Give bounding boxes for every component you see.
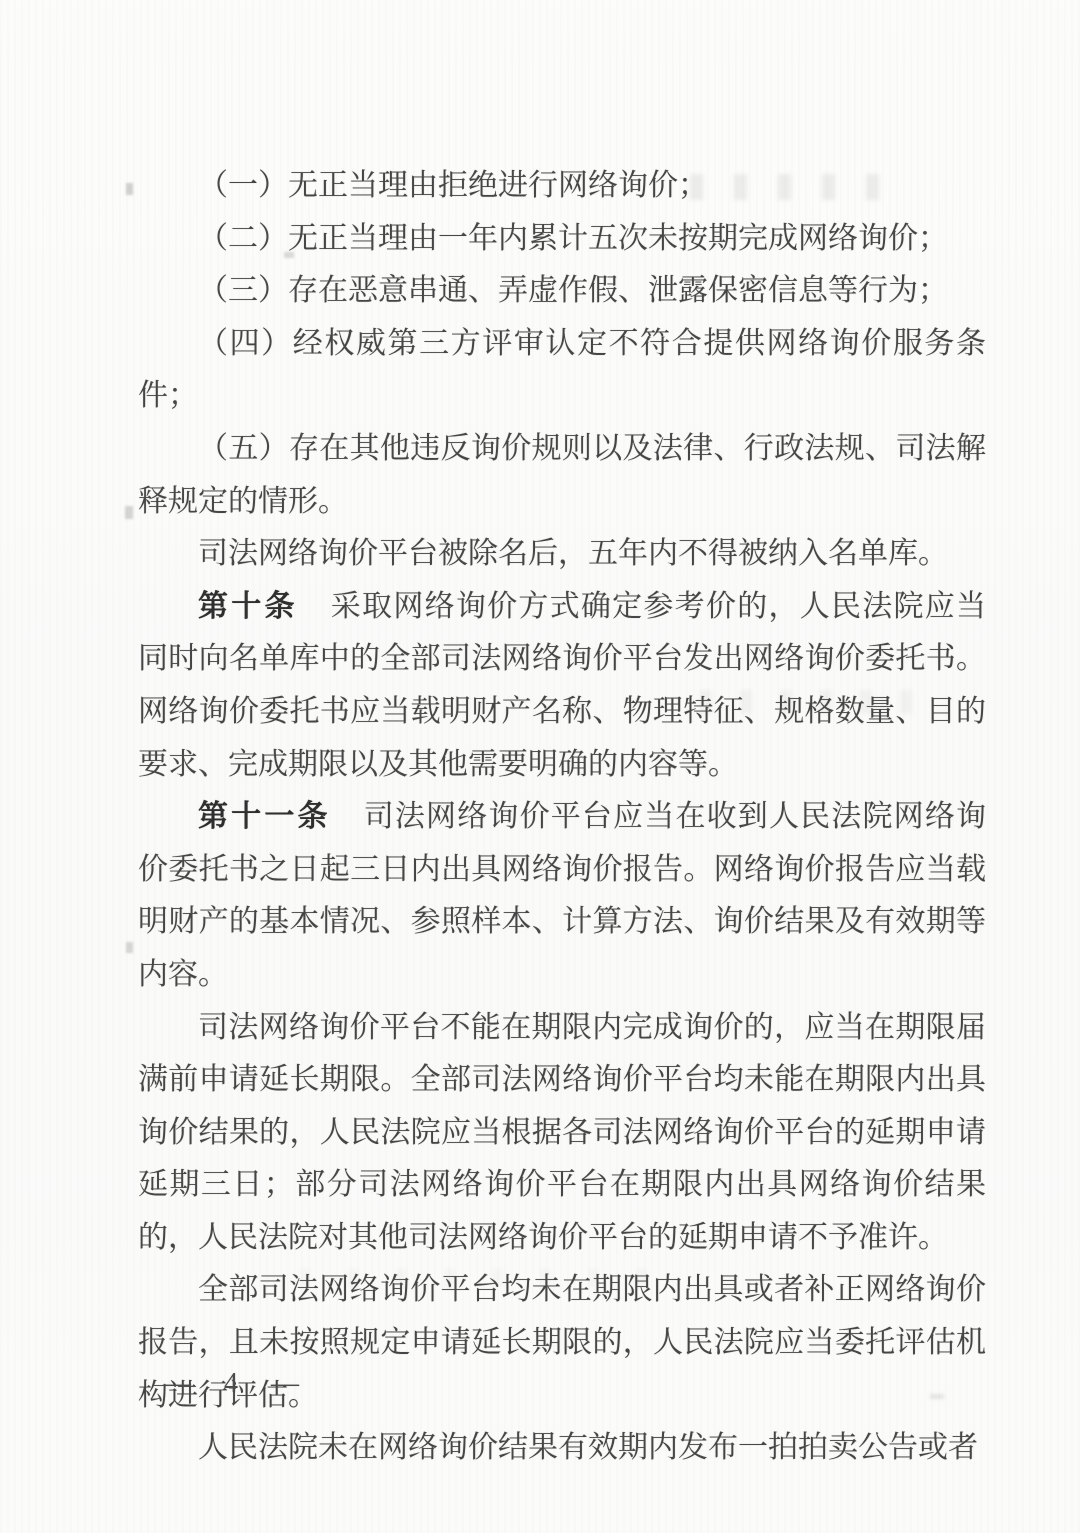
paragraph-article-11: 第十一条司法网络询价平台应当在收到人民法院网络询价委托书之日起三日内出具网络询价… — [138, 791, 986, 1001]
scan-artifact — [126, 183, 133, 195]
paragraph-text: （五）存在其他违反询价规则以及法律、行政法规、司法解释规定的情形。 — [138, 432, 986, 518]
paragraph-text: （二）无正当理由一年内累计五次未按期完成网络询价； — [198, 222, 948, 255]
document-page: （一）无正当理由拒绝进行网络询价； （二）无正当理由一年内累计五次未按期完成网络… — [0, 0, 1080, 1533]
scan-artifact — [126, 942, 133, 953]
article-number: 第十一条 — [198, 800, 331, 833]
list-item-1: （一）无正当理由拒绝进行网络询价； — [138, 160, 986, 213]
paragraph-article-10: 第十条采取网络询价方式确定参考价的，人民法院应当同时向名单库中的全部司法网络询价… — [138, 581, 986, 791]
paragraph-text: 司法网络询价平台被除名后，五年内不得被纳入名单库。 — [198, 537, 948, 570]
paragraph-removal-rule: 司法网络询价平台被除名后，五年内不得被纳入名单库。 — [138, 528, 986, 581]
scan-artifact — [125, 506, 133, 519]
paragraph-text: （四）经权威第三方评审认定不符合提供网络询价服务条件； — [138, 327, 986, 413]
page-number: — 4 — — [163, 1368, 309, 1400]
paragraph-text: （一）无正当理由拒绝进行网络询价； — [198, 169, 708, 202]
paragraph-auction-notice: 人民法院未在网络询价结果有效期内发布一拍拍卖公告或者 — [138, 1422, 986, 1475]
list-item-2: （二）无正当理由一年内累计五次未按期完成网络询价； — [138, 213, 986, 266]
paragraph-extension-rule: 司法网络询价平台不能在期限内完成询价的，应当在期限届满前申请延长期限。全部司法网… — [138, 1002, 986, 1265]
paragraph-text: （三）存在恶意串通、弄虚作假、泄露保密信息等行为； — [198, 274, 948, 307]
paragraph-text: 人民法院未在网络询价结果有效期内发布一拍拍卖公告或者 — [198, 1431, 978, 1464]
paragraph-text: 司法网络询价平台不能在期限内完成询价的，应当在期限届满前申请延长期限。全部司法网… — [138, 1011, 986, 1254]
list-item-3: （三）存在恶意串通、弄虚作假、泄露保密信息等行为； — [138, 265, 986, 318]
article-number: 第十条 — [198, 590, 298, 623]
list-item-5: （五）存在其他违反询价规则以及法律、行政法规、司法解释规定的情形。 — [138, 423, 986, 528]
list-item-4: （四）经权威第三方评审认定不符合提供网络询价服务条件； — [138, 318, 986, 423]
document-body: （一）无正当理由拒绝进行网络询价； （二）无正当理由一年内累计五次未按期完成网络… — [138, 160, 986, 1475]
